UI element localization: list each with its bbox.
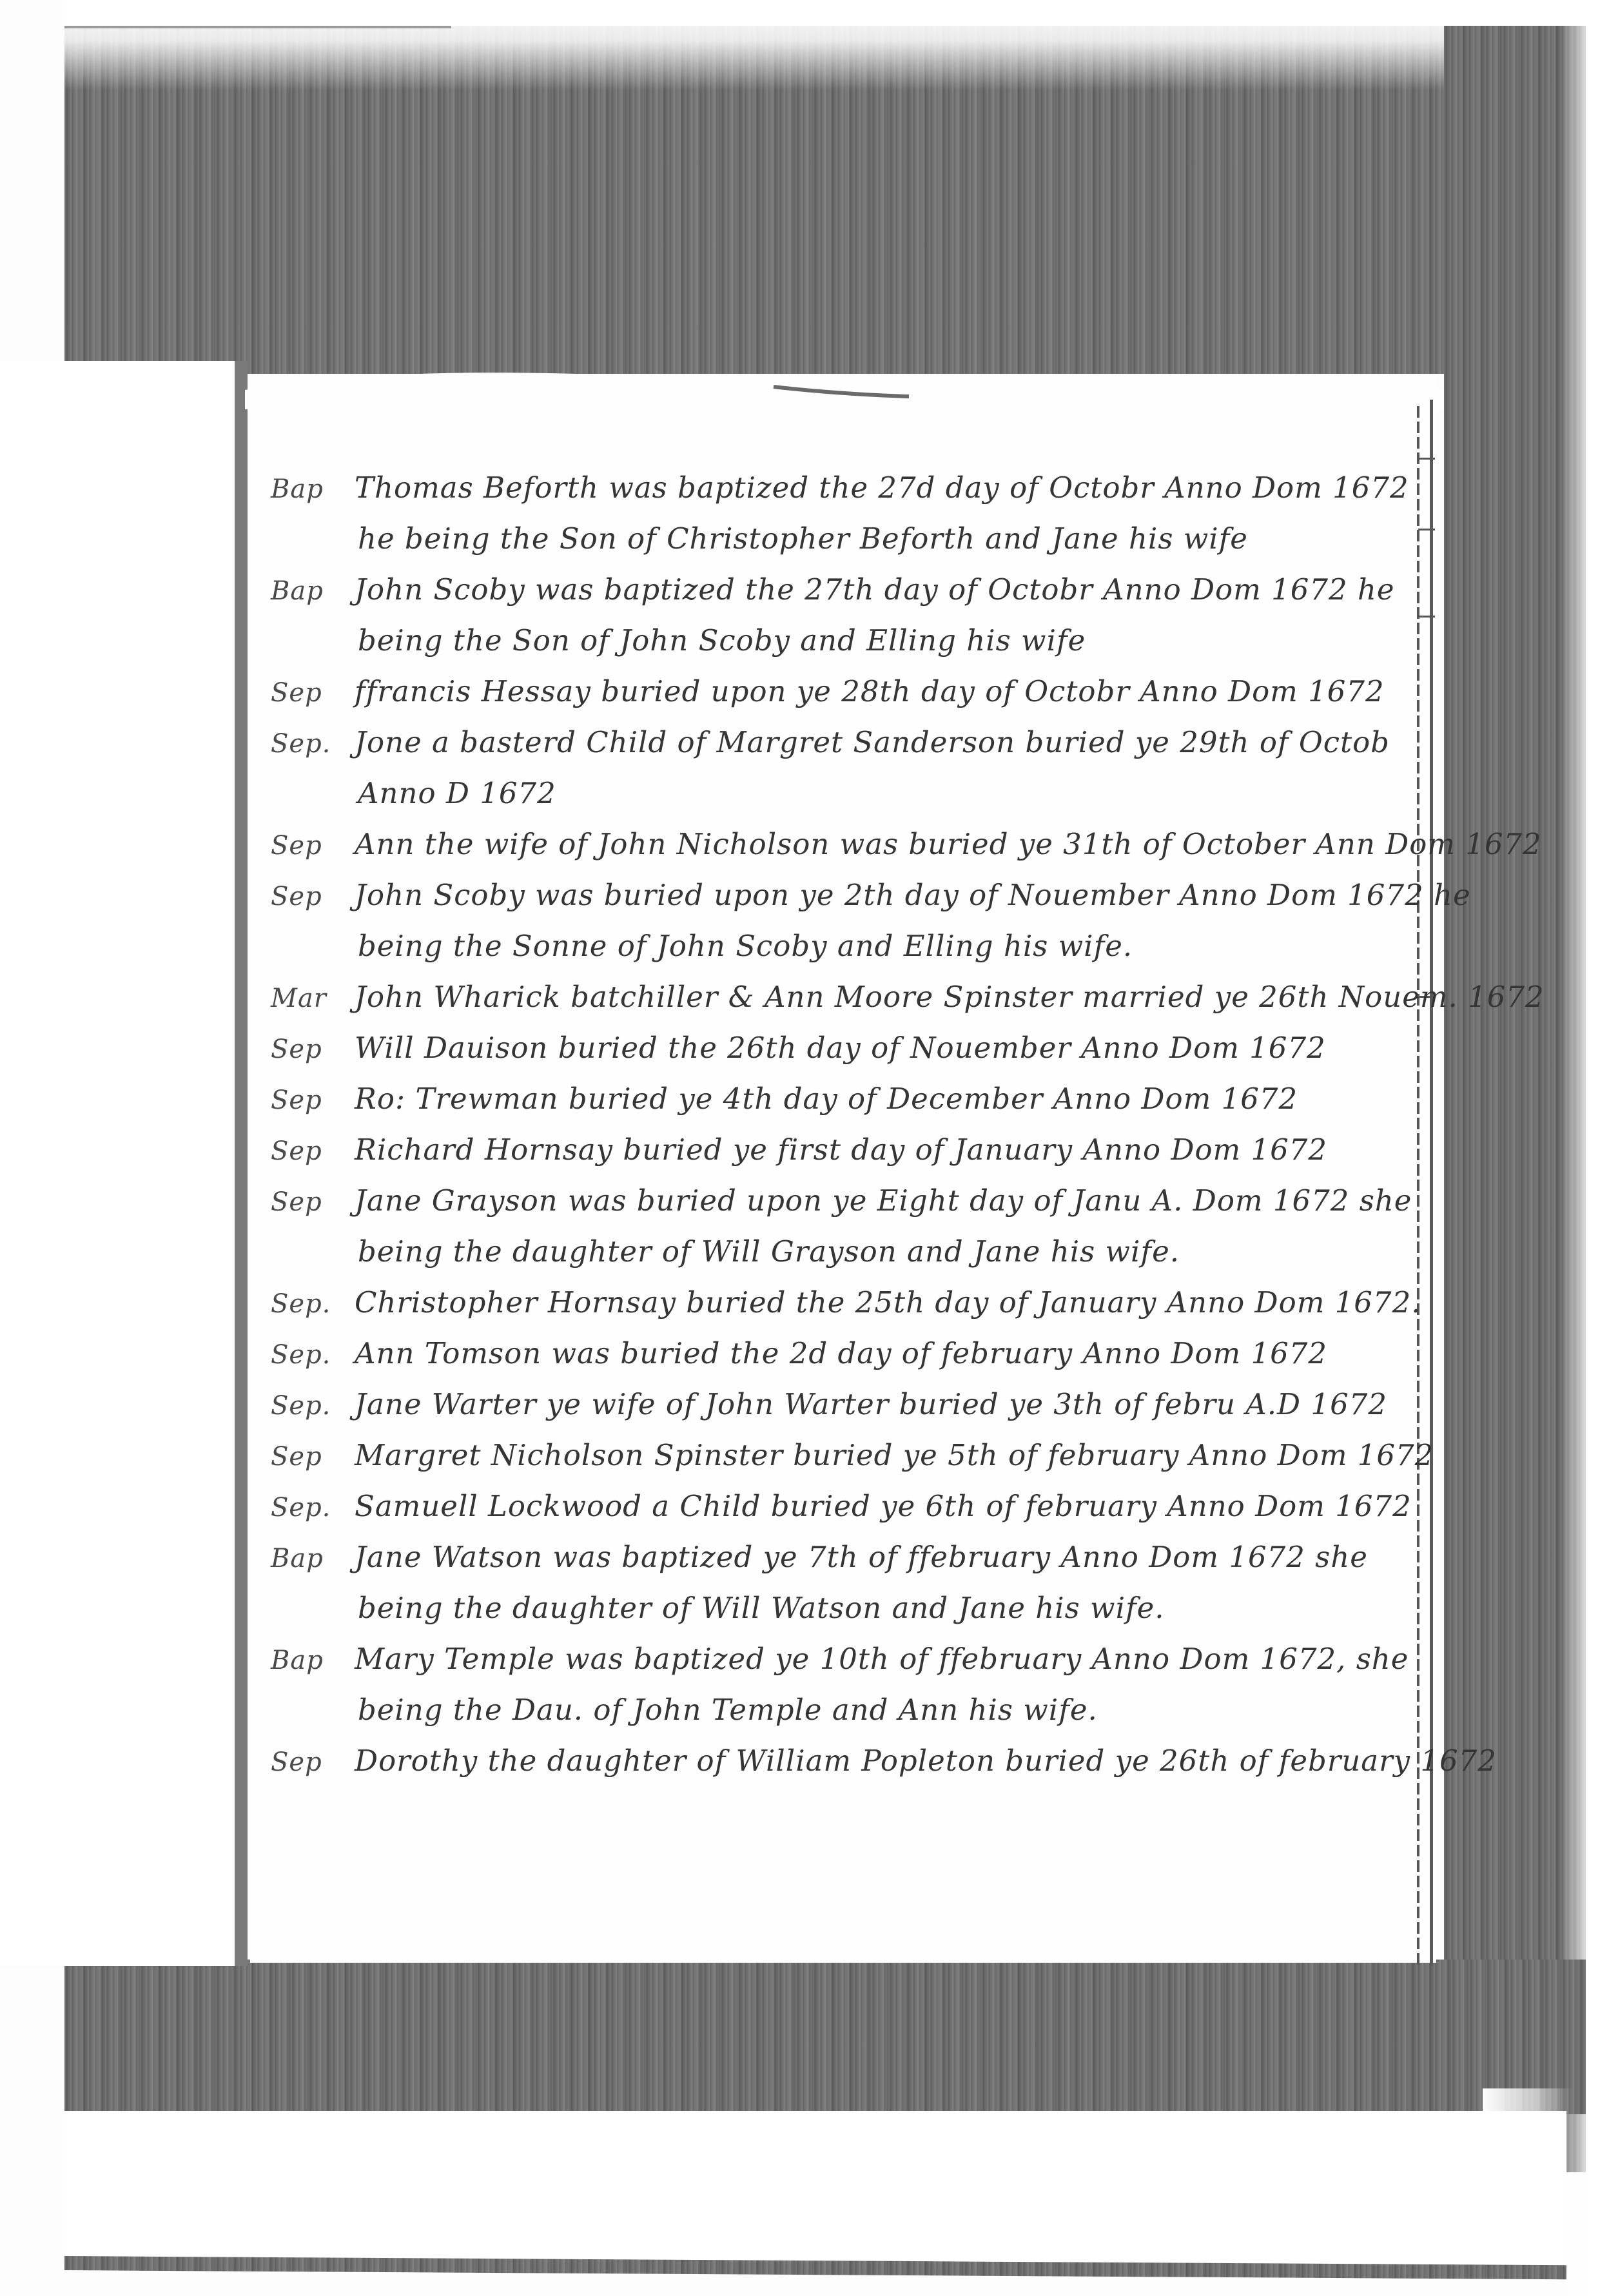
register-entries: BapThomas Beforth was baptized the 27d d… xyxy=(271,471,1431,1795)
entry-type: Bap xyxy=(271,576,355,606)
entry-burial: SepDorothy the daughter of William Pople… xyxy=(271,1744,1431,1795)
entry-burial: Sepffrancis Hessay buried upon ye 28th d… xyxy=(271,674,1431,725)
entry-text: John Scoby was buried upon ye 2th day of… xyxy=(355,878,1471,912)
entry-burial: Sep.Samuell Lockwood a Child buried ye 6… xyxy=(271,1489,1431,1540)
scan-bottom-shadow xyxy=(64,1960,1586,2114)
entry-type: Sep. xyxy=(271,729,355,759)
entry-text: Will Dauison buried the 26th day of Noue… xyxy=(355,1031,1326,1065)
binding-tick xyxy=(1418,458,1435,460)
entry-text: Margret Nicholson Spinster buried ye 5th… xyxy=(355,1438,1434,1472)
entry-type: Mar xyxy=(271,984,355,1013)
entry-text-continued: being the daughter of Will Watson and Ja… xyxy=(358,1591,1165,1625)
entry-type: Sep xyxy=(271,1136,355,1166)
entry-text-continued: Anno D 1672 xyxy=(358,776,556,810)
entry-text-continued: he being the Son of Christopher Beforth … xyxy=(358,521,1248,556)
entry-type: Bap xyxy=(271,1544,355,1573)
entry-type: Sep xyxy=(271,1747,355,1777)
entry-type: Sep. xyxy=(271,1493,355,1523)
entry-text: Ann Tomson was buried the 2d day of febr… xyxy=(355,1336,1327,1370)
entry-marriage: MarJohn Wharick batchiller & Ann Moore S… xyxy=(271,980,1431,1031)
entry-type: Sep xyxy=(271,1187,355,1217)
entry-type: Sep. xyxy=(271,1340,355,1370)
scan-top-edge xyxy=(64,26,451,28)
entry-text-continued: being the Dau. of John Temple and Ann hi… xyxy=(358,1693,1098,1727)
entry-text: John Wharick batchiller & Ann Moore Spin… xyxy=(355,980,1545,1014)
entry-text-continued: being the Sonne of John Scoby and Elling… xyxy=(358,929,1133,963)
entry-text: Dorothy the daughter of William Popleton… xyxy=(355,1744,1497,1778)
entry-text: Jane Grayson was buried upon ye Eight da… xyxy=(355,1183,1412,1218)
entry-type: Bap xyxy=(271,1646,355,1675)
entry-text: Thomas Beforth was baptized the 27d day … xyxy=(355,471,1409,505)
entry-baptism: BapMary Temple was baptized ye 10th of f… xyxy=(271,1642,1431,1744)
entry-text-continued: being the daughter of Will Grayson and J… xyxy=(358,1234,1180,1269)
entry-type: Sep xyxy=(271,1035,355,1064)
entry-text: John Scoby was baptized the 27th day of … xyxy=(355,572,1395,607)
scan-right-fade xyxy=(1560,0,1609,2296)
entry-text: Jone a basterd Child of Margret Sanderso… xyxy=(355,725,1390,759)
book-spine-line xyxy=(235,361,248,1966)
entry-type: Sep xyxy=(271,882,355,911)
scan-bottom-margin xyxy=(64,2111,1566,2266)
entry-text: Jane Warter ye wife of John Warter burie… xyxy=(355,1387,1387,1421)
entry-text: Samuell Lockwood a Child buried ye 6th o… xyxy=(355,1489,1412,1523)
entry-baptism: BapThomas Beforth was baptized the 27d d… xyxy=(271,471,1431,572)
entry-text-continued: being the Son of John Scoby and Elling h… xyxy=(358,623,1086,657)
scan-top-fade xyxy=(64,0,1586,90)
entry-burial: SepRichard Hornsay buried ye first day o… xyxy=(271,1133,1431,1183)
entry-type: Sep. xyxy=(271,1289,355,1319)
entry-type: Sep xyxy=(271,831,355,861)
entry-burial: SepRo: Trewman buried ye 4th day of Dece… xyxy=(271,1082,1431,1133)
entry-text: Christopher Hornsay buried the 25th day … xyxy=(355,1285,1421,1319)
entry-burial: SepJohn Scoby was buried upon ye 2th day… xyxy=(271,878,1431,980)
scan-bottom-right-glare xyxy=(1483,2088,1573,2256)
entry-burial: Sep.Jone a basterd Child of Margret Sand… xyxy=(271,725,1431,827)
entry-type: Sep. xyxy=(271,1391,355,1421)
entry-burial: SepMargret Nicholson Spinster buried ye … xyxy=(271,1438,1431,1489)
entry-burial: SepWill Dauison buried the 26th day of N… xyxy=(271,1031,1431,1082)
entry-burial: Sep.Christopher Hornsay buried the 25th … xyxy=(271,1285,1431,1336)
entry-text: Ann the wife of John Nicholson was burie… xyxy=(355,827,1542,861)
page-top-edge xyxy=(245,351,1450,409)
entry-type: Sep xyxy=(271,1442,355,1472)
entry-burial: SepJane Grayson was buried upon ye Eight… xyxy=(271,1183,1431,1285)
entry-baptism: BapJohn Scoby was baptized the 27th day … xyxy=(271,572,1431,674)
entry-burial: SepAnn the wife of John Nicholson was bu… xyxy=(271,827,1431,878)
entry-text: Mary Temple was baptized ye 10th of ffeb… xyxy=(355,1642,1409,1676)
entry-text: ffrancis Hessay buried upon ye 28th day … xyxy=(355,674,1385,708)
entry-type: Bap xyxy=(271,474,355,504)
left-margin xyxy=(0,361,240,1966)
entry-type: Sep xyxy=(271,678,355,708)
entry-burial: Sep.Ann Tomson was buried the 2d day of … xyxy=(271,1336,1431,1387)
entry-baptism: BapJane Watson was baptized ye 7th of ff… xyxy=(271,1540,1431,1642)
entry-type: Sep xyxy=(271,1085,355,1115)
entry-text: Ro: Trewman buried ye 4th day of Decembe… xyxy=(355,1082,1298,1116)
entry-text: Richard Hornsay buried ye first day of J… xyxy=(355,1133,1327,1167)
entry-burial: Sep.Jane Warter ye wife of John Warter b… xyxy=(271,1387,1431,1438)
entry-text: Jane Watson was baptized ye 7th of ffebr… xyxy=(355,1540,1368,1574)
